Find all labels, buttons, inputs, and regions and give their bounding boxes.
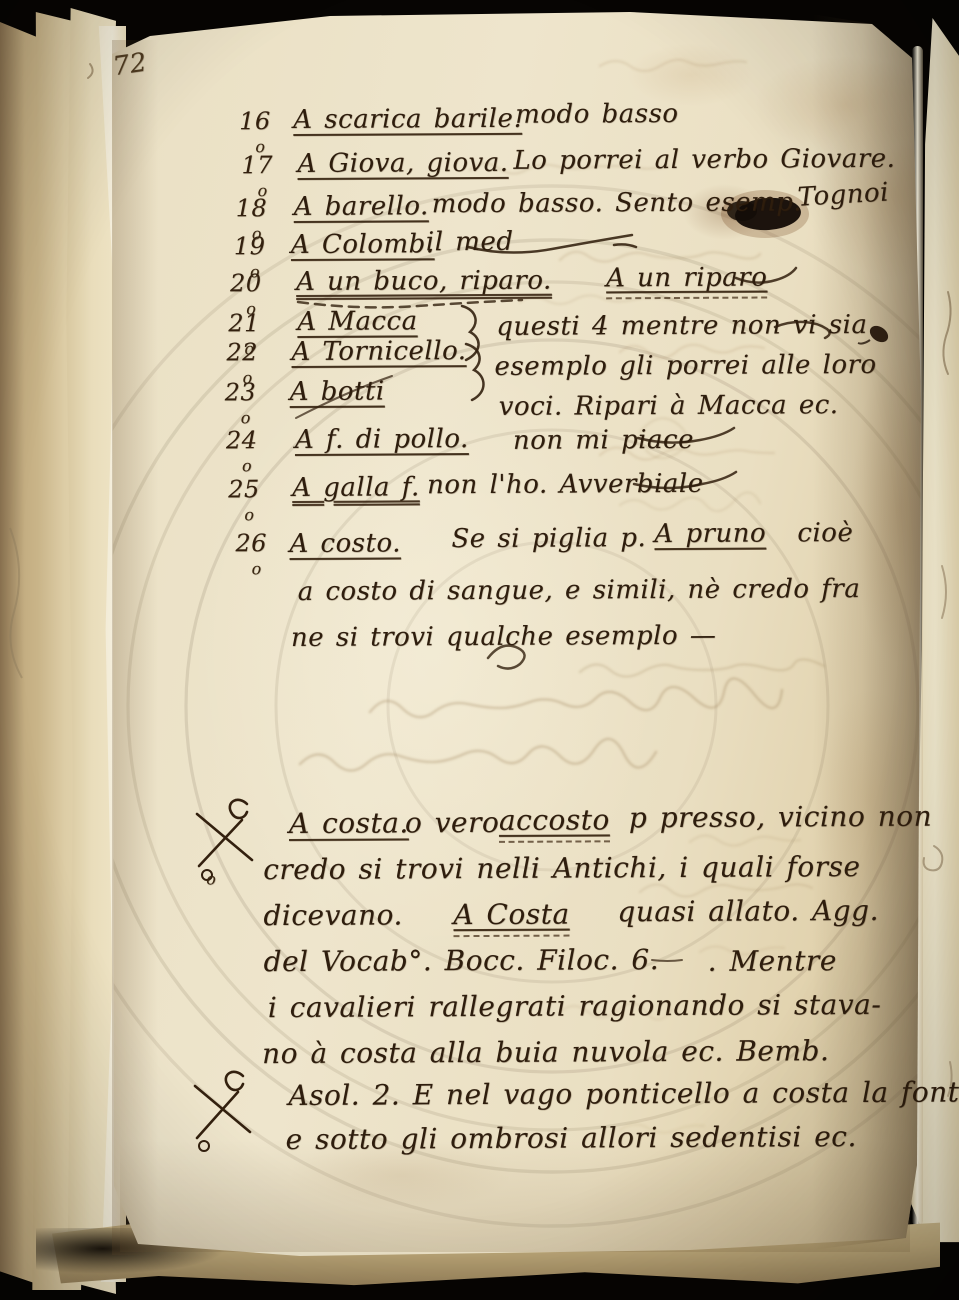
entry-headword: A scarica barile. — [293, 104, 522, 135]
entry-continuation-line: a costo di sangue, e simili, nè credo fr… — [298, 574, 861, 607]
entry-continuation-line: ne si trovi qualche esemplo — — [291, 621, 717, 653]
entry-note: modo basso. Sento esemp. — [432, 187, 803, 219]
acosta-text: e sotto gli ombrosi allori sedentisi ec. — [285, 1120, 856, 1156]
entry-check-mark: o — [242, 456, 252, 475]
entry-note: cioè — [797, 518, 853, 548]
entry-note: Se si piglia p. — [451, 523, 646, 554]
acosta-text: dicevano. — [263, 898, 403, 932]
entry-number: 24 — [226, 426, 258, 454]
entry-note-after-blot: Tognoi — [797, 177, 890, 212]
entry-number: 23 — [225, 378, 257, 406]
entry-note: non l'ho. Avverbiale — [427, 469, 704, 500]
entry-headword: A galla f. — [292, 472, 420, 503]
entry-number: 25 — [228, 475, 260, 503]
manuscript-photo: 72 16 o A scarica barile. modo basso 17 … — [0, 0, 959, 1300]
acosta-citation: . Mentre — [708, 944, 837, 978]
acosta-headword: A costa. — [289, 806, 409, 840]
acosta-text-underlined: A Costa — [453, 898, 569, 938]
acosta-text-underlined: accosto — [499, 803, 610, 843]
group-note-line: esemplo gli porrei alle loro — [494, 350, 876, 382]
entry-headword: A Giova, giova. — [297, 148, 508, 179]
acosta-text: Asol. 2. E nel vago ponticello a costa l… — [288, 1075, 959, 1112]
entry-number: 19 — [234, 232, 266, 260]
entry-headword: A costo. — [289, 528, 401, 559]
acosta-text: i cavalieri rallegrati ragionando si sta… — [268, 988, 882, 1024]
entry-note: il med — [426, 227, 514, 257]
entry-headword: A barello. — [294, 191, 429, 222]
group-note-line: voci. Ripari à Macca ec. — [499, 390, 839, 422]
entry-check-mark: o — [252, 559, 262, 578]
folio-number: 72 — [111, 48, 149, 83]
acosta-citation: del Vocab°. Bocc. Filoc. 6. — [264, 943, 660, 978]
entry-check-mark: o — [241, 408, 251, 427]
entry-note: modo basso — [515, 99, 679, 130]
entry-number: 18 — [236, 194, 268, 222]
entry-headword: A botti — [290, 376, 385, 406]
entry-headword: A Macca — [297, 306, 417, 337]
acosta-text: o vero — [405, 806, 500, 839]
acosta-text: quasi allato. Agg. — [617, 894, 879, 928]
entry-headword: A un buco, riparo. — [296, 266, 552, 297]
entry-headword: A f. di pollo. — [295, 424, 469, 455]
entry-number: 22 — [226, 338, 258, 366]
entry-number: 16 — [239, 107, 271, 135]
entry-number: 17 — [241, 151, 273, 179]
entry-note-underlined-word: A pruno — [654, 518, 766, 549]
entry-note: non mi piace — [513, 425, 694, 456]
acosta-text: credo si trovi nelli Antichi, i quali fo… — [263, 850, 861, 886]
group-note-line: questi 4 mentre non vi sia — [496, 310, 867, 342]
entry-headword: A Tornicello. — [291, 336, 466, 367]
entry-check-mark: o — [244, 505, 254, 524]
acosta-text: no à costa alla buia nuvola ec. Bemb. — [262, 1034, 829, 1070]
entry-note: A un riparo — [606, 262, 767, 299]
margin-check-mark: o — [206, 869, 216, 888]
entry-number: 20 — [230, 269, 262, 297]
entry-headword: A Colomb. — [291, 229, 435, 260]
entry-note: Lo porrei al verbo Giovare. — [513, 144, 895, 176]
acosta-text: p presso, vicino non — [629, 800, 932, 835]
text-layer: 72 16 o A scarica barile. modo basso 17 … — [0, 0, 959, 1300]
entry-number: 21 — [228, 309, 260, 337]
entry-number: 26 — [235, 529, 267, 557]
